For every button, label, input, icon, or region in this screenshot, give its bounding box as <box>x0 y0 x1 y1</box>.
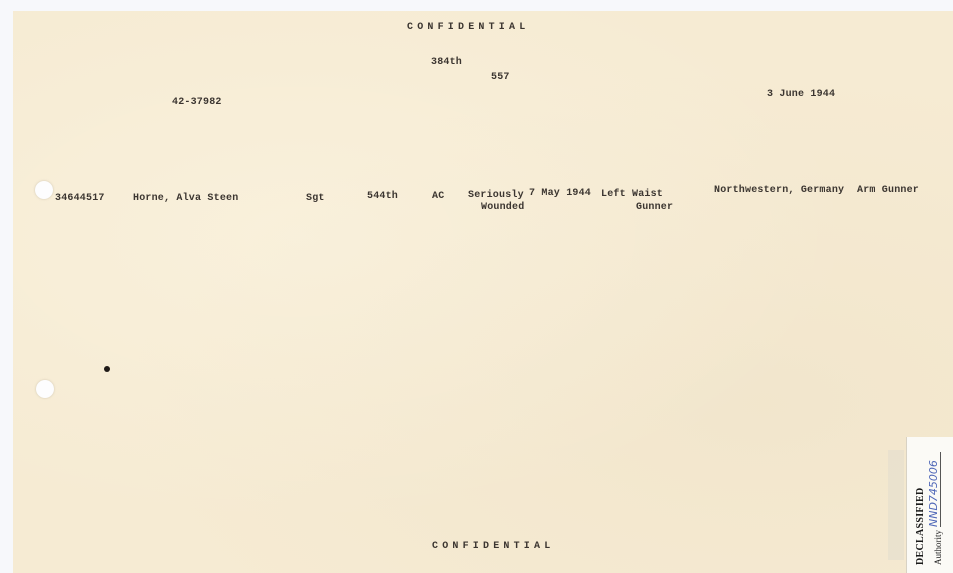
punch-hole-top <box>35 181 53 199</box>
aircraft-serial: 42-37982 <box>172 97 222 108</box>
status-line2: Wounded <box>481 202 524 213</box>
document-date: 3 June 1944 <box>767 89 835 100</box>
location: Northwestern, Germany <box>714 185 844 196</box>
position-line2: Gunner <box>636 202 673 213</box>
branch: AC <box>432 191 444 202</box>
stamp-title: DECLASSIFIED <box>915 487 926 565</box>
ink-spot <box>104 366 110 372</box>
declassified-stamp: DECLASSIFIED Authority NND745006 <box>906 437 953 573</box>
stamp-authority-label: Authority <box>933 530 943 565</box>
rank: Sgt <box>306 193 325 204</box>
header-classification: CONFIDENTIAL <box>407 22 529 33</box>
soldier-name: Horne, Alva Steen <box>133 193 238 204</box>
footer-classification: CONFIDENTIAL <box>432 541 554 552</box>
serial-number: 34644517 <box>55 193 105 204</box>
tape-mark <box>888 450 904 560</box>
status-line1: Seriously <box>468 190 524 201</box>
position-line1: Left Waist <box>601 189 663 200</box>
report-number: 557 <box>491 72 510 83</box>
squadron: 544th <box>367 191 398 202</box>
injury: Arm Gunner <box>857 185 919 196</box>
group-label: 384th <box>431 57 462 68</box>
punch-hole-bottom <box>36 380 54 398</box>
date-of-casualty: 7 May 1944 <box>529 188 591 199</box>
stamp-authority-number: NND745006 <box>927 452 941 527</box>
